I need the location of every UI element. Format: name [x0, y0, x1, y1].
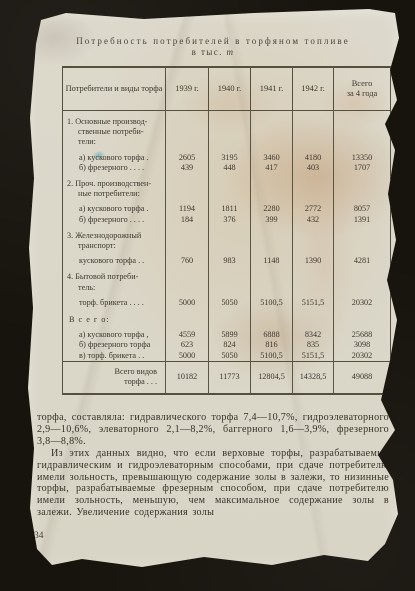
table-row: в) торф. брикета . . 5000 5050 5100,5 51…	[63, 351, 391, 362]
table-title-line1: Потребность потребителей в торфяном топл…	[24, 36, 402, 46]
cell-1939	[166, 266, 209, 282]
cell-1939: 439	[166, 163, 209, 173]
cell-1942	[293, 283, 334, 293]
cell-1942: 5151,5	[293, 293, 334, 308]
row-label: б) фрезерного . . . .	[63, 163, 166, 173]
cell-1941	[251, 137, 293, 147]
table-row: б) фрезерного торфа 623 824 816 835 3098	[63, 340, 391, 350]
cell-1941: 399	[251, 215, 293, 225]
cell-1942: 835	[293, 340, 334, 350]
cell-1940	[209, 173, 251, 189]
cell-1939: 1194	[166, 199, 209, 214]
cell-1942	[293, 266, 334, 282]
cell-total	[334, 111, 391, 128]
cell-total: 4281	[334, 251, 391, 266]
row-label: 2. Проч. производствен-	[63, 173, 166, 189]
cell-1939: 4559	[166, 325, 209, 340]
cell-1940: 448	[209, 163, 251, 173]
row-label: а) кускового торфа ,	[63, 325, 166, 340]
cell-1941	[251, 189, 293, 199]
cell-total	[334, 308, 391, 325]
cell-1942	[293, 137, 334, 147]
col-header-total-line2: за 4 года	[336, 89, 388, 100]
cell-1941	[251, 173, 293, 189]
col-header-1939: 1939 г.	[166, 67, 209, 111]
cell-1939	[166, 225, 209, 241]
table-row: ственные потреби-	[63, 127, 391, 137]
footer-1940: 11773	[209, 361, 251, 394]
table-row: а) кускового торфа , 4559 5899 6888 8342…	[63, 325, 391, 340]
row-label: ные потребители:	[63, 189, 166, 199]
cell-1939	[166, 111, 209, 128]
row-label: б) фрезерного торфа	[63, 340, 166, 350]
footer-1941: 12804,5	[251, 361, 293, 394]
row-label: 1. Основные производ-	[63, 111, 166, 128]
table-row: а) кускового торфа . 2605 3195 3460 4180…	[63, 148, 391, 163]
footer-label-line2: торфа . . .	[67, 377, 157, 387]
cell-1941	[251, 111, 293, 128]
cell-1939: 5000	[166, 351, 209, 362]
col-header-total-line1: Всего	[336, 79, 388, 90]
table-row: 3. Железнодорожный	[63, 225, 391, 241]
col-header-consumers: Потребители и виды торфа	[63, 67, 166, 111]
table-row: 1. Основные производ-	[63, 111, 391, 128]
footer-total: 49088	[334, 361, 391, 394]
cell-total: 3098	[334, 340, 391, 350]
col-header-1940: 1940 г.	[209, 67, 251, 111]
cell-total	[334, 241, 391, 251]
cell-1940	[209, 266, 251, 282]
cell-1942: 1390	[293, 251, 334, 266]
cell-1941	[251, 283, 293, 293]
cell-1941	[251, 241, 293, 251]
row-label: а) кускового торфа .	[63, 148, 166, 163]
cell-1940: 5899	[209, 325, 251, 340]
cell-1940: 376	[209, 215, 251, 225]
cell-1940: 5050	[209, 351, 251, 362]
cell-1942	[293, 241, 334, 251]
cell-total: 8057	[334, 199, 391, 214]
cell-1940	[209, 111, 251, 128]
cell-1939	[166, 189, 209, 199]
cell-1941	[251, 308, 293, 325]
row-label: В с е г о:	[63, 308, 166, 325]
table-title: Потребность потребителей в торфяном топл…	[24, 36, 402, 57]
cell-total	[334, 137, 391, 147]
cell-total	[334, 127, 391, 137]
cell-1942: 2772	[293, 199, 334, 214]
table-row: а) кускового торфа . 1194 1811 2280 2772…	[63, 199, 391, 214]
peat-demand-table: Потребители и виды торфа 1939 г. 1940 г.…	[62, 66, 391, 395]
cell-1940	[209, 308, 251, 325]
cell-1941: 6888	[251, 325, 293, 340]
table-title-line2: в тыс. т	[24, 47, 402, 57]
table-row: В с е г о:	[63, 308, 391, 325]
cell-1940: 3195	[209, 148, 251, 163]
row-label: ственные потреби-	[63, 127, 166, 137]
footer-label: Всего видов торфа . . .	[63, 361, 166, 394]
cell-1940	[209, 189, 251, 199]
table-row: тели:	[63, 137, 391, 147]
cell-1941: 3460	[251, 148, 293, 163]
cell-1940	[209, 225, 251, 241]
row-label: транспорт:	[63, 241, 166, 251]
body-text: торфа, составляла: гидравлического торфа…	[37, 412, 389, 519]
cell-1939	[166, 127, 209, 137]
cell-1942	[293, 308, 334, 325]
cell-1941	[251, 127, 293, 137]
cell-1940: 5050	[209, 293, 251, 308]
cell-1942	[293, 173, 334, 189]
row-label: тели:	[63, 137, 166, 147]
row-label: кускового торфа . .	[63, 251, 166, 266]
cell-1940: 983	[209, 251, 251, 266]
table-row: кускового торфа . . 760 983 1148 1390 42…	[63, 251, 391, 266]
cell-total: 13350	[334, 148, 391, 163]
cell-1940	[209, 241, 251, 251]
cell-1942	[293, 111, 334, 128]
cell-1941: 5100,5	[251, 351, 293, 362]
table-footer-row: Всего видов торфа . . . 10182 11773 1280…	[63, 361, 391, 394]
cell-1940	[209, 283, 251, 293]
cell-1939: 623	[166, 340, 209, 350]
cell-1941: 2280	[251, 199, 293, 214]
cell-1942: 4180	[293, 148, 334, 163]
col-header-1942: 1942 г.	[293, 67, 334, 111]
footer-1942: 14328,5	[293, 361, 334, 394]
cell-total	[334, 283, 391, 293]
cell-1940: 1811	[209, 199, 251, 214]
row-label: б) фрезерного . . . .	[63, 215, 166, 225]
page-number: 34	[34, 531, 44, 541]
row-label: торф. брикета . . . .	[63, 293, 166, 308]
cell-total	[334, 225, 391, 241]
cell-1939	[166, 137, 209, 147]
cell-1942: 403	[293, 163, 334, 173]
body-paragraph-1: торфа, составляла: гидравлического торфа…	[37, 412, 389, 448]
cell-1942: 8342	[293, 325, 334, 340]
row-label: 4. Бытовой потреби-	[63, 266, 166, 282]
cell-1941: 417	[251, 163, 293, 173]
cell-total: 25688	[334, 325, 391, 340]
cell-1939	[166, 308, 209, 325]
cell-1940: 824	[209, 340, 251, 350]
row-label: тель:	[63, 283, 166, 293]
body-paragraph-2: Из этих данных видно, что если верховые …	[37, 448, 389, 519]
scanned-page-background: Потребность потребителей в торфяном топл…	[0, 0, 415, 591]
cell-1939	[166, 173, 209, 189]
cell-total: 1707	[334, 163, 391, 173]
table-row: тель:	[63, 283, 391, 293]
footer-label-line1: Всего видов	[67, 367, 157, 377]
cell-1941: 5100,5	[251, 293, 293, 308]
cell-1940	[209, 127, 251, 137]
cell-total	[334, 189, 391, 199]
table-row: б) фрезерного . . . . 184 376 399 432 13…	[63, 215, 391, 225]
cell-total	[334, 173, 391, 189]
cell-total: 1391	[334, 215, 391, 225]
cell-1941	[251, 225, 293, 241]
cell-1939: 184	[166, 215, 209, 225]
cell-1942: 432	[293, 215, 334, 225]
cell-total	[334, 266, 391, 282]
table-row: ные потребители:	[63, 189, 391, 199]
table-row: б) фрезерного . . . . 439 448 417 403 17…	[63, 163, 391, 173]
table-row: 4. Бытовой потреби-	[63, 266, 391, 282]
footer-1939: 10182	[166, 361, 209, 394]
col-header-1941: 1941 г.	[251, 67, 293, 111]
cell-1942	[293, 127, 334, 137]
table-row: транспорт:	[63, 241, 391, 251]
cell-1939	[166, 283, 209, 293]
title-units-text: в тыс.	[192, 47, 223, 57]
cell-1939: 760	[166, 251, 209, 266]
cell-1940	[209, 137, 251, 147]
cell-1941: 1148	[251, 251, 293, 266]
cell-1942: 5151,5	[293, 351, 334, 362]
title-units-symbol: т	[226, 47, 234, 57]
row-label: а) кускового торфа .	[63, 199, 166, 214]
cell-1939: 5000	[166, 293, 209, 308]
row-label: 3. Железнодорожный	[63, 225, 166, 241]
book-page: Потребность потребителей в торфяном топл…	[24, 8, 402, 574]
cell-total: 20302	[334, 351, 391, 362]
row-label: в) торф. брикета . .	[63, 351, 166, 362]
cell-total: 20302	[334, 293, 391, 308]
cell-1942	[293, 225, 334, 241]
cell-1941	[251, 266, 293, 282]
table-header-row: Потребители и виды торфа 1939 г. 1940 г.…	[63, 67, 391, 111]
col-header-total: Всего за 4 года	[334, 67, 391, 111]
cell-1942	[293, 189, 334, 199]
cell-1939	[166, 241, 209, 251]
table-row: торф. брикета . . . . 5000 5050 5100,5 5…	[63, 293, 391, 308]
table-row: 2. Проч. производствен-	[63, 173, 391, 189]
cell-1941: 816	[251, 340, 293, 350]
cell-1939: 2605	[166, 148, 209, 163]
